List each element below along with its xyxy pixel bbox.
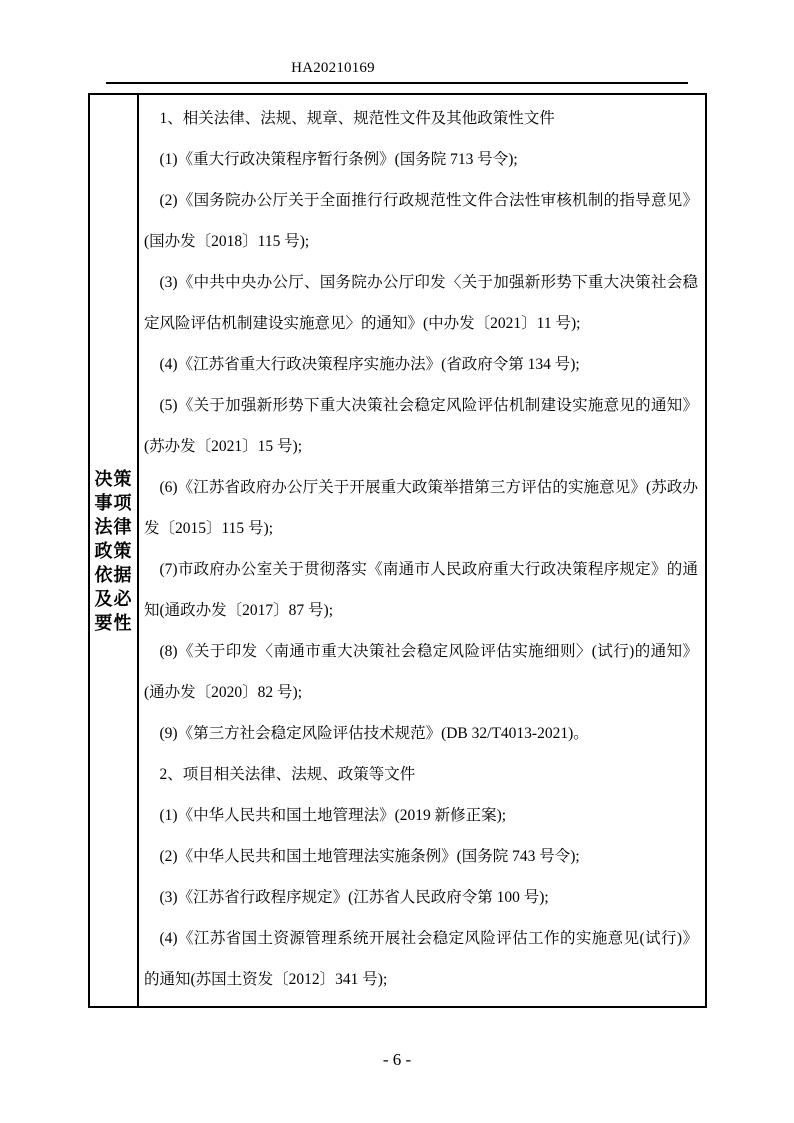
paragraph: (6)《江苏省政府办公厅关于开展重大政策举措第三方评估的实施意见》(苏政办发〔2… [144,467,698,549]
row-header-line: 法律 [95,515,133,539]
paragraph: (3)《江苏省行政程序规定》(江苏省人民政府令第 100 号); [144,877,698,918]
row-header-line: 及必 [95,587,133,611]
paragraph: (4)《江苏省重大行政决策程序实施办法》(省政府令第 134 号); [144,344,698,385]
row-header-line: 决策 [95,467,133,491]
paragraph: (5)《关于加强新形势下重大决策社会稳定风险评估机制建设实施意见的通知》(苏办发… [144,385,698,467]
paragraph: (3)《中共中央办公厅、国务院办公厅印发〈关于加强新形势下重大决策社会稳定风险评… [144,262,698,344]
row-header-line: 政策 [95,539,133,563]
paragraph: 1、相关法律、法规、规章、规范性文件及其他政策性文件 [144,98,698,139]
row-header-line: 要性 [95,611,133,635]
paragraph: (7)市政府办公室关于贯彻落实《南通市人民政府重大行政决策程序规定》的通知(通政… [144,549,698,631]
paragraph: (9)《第三方社会稳定风险评估技术规范》(DB 32/T4013-2021)。 [144,713,698,754]
paragraph: (8)《关于印发〈南通市重大决策社会稳定风险评估实施细则〉(试行)的通知》(通办… [144,631,698,713]
row-header-cell: 决策事项法律政策依据及必要性 [90,95,139,1006]
row-header-line: 依据 [95,563,133,587]
header-doc-number: HA20210169 [253,58,413,78]
row-header-line: 事项 [95,491,133,515]
document-page: HA20210169 决策事项法律政策依据及必要性 1、相关法律、法规、规章、规… [0,0,794,1123]
paragraph: (4)《江苏省国土资源管理系统开展社会稳定风险评估工作的实施意见(试行)》的通知… [144,918,698,1000]
paragraph: (1)《中华人民共和国土地管理法》(2019 新修正案); [144,795,698,836]
content-cell: 1、相关法律、法规、规章、规范性文件及其他政策性文件(1)《重大行政决策程序暂行… [139,95,705,1006]
paragraph: (1)《重大行政决策程序暂行条例》(国务院 713 号令); [144,139,698,180]
paragraph: 2、项目相关法律、法规、政策等文件 [144,754,698,795]
header-rule [106,82,688,84]
page-number: - 6 - [0,1048,794,1072]
paragraph: (2)《国务院办公厅关于全面推行行政规范性文件合法性审核机制的指导意见》(国办发… [144,180,698,262]
paragraph: (2)《中华人民共和国土地管理法实施条例》(国务院 743 号令); [144,836,698,877]
decision-basis-table: 决策事项法律政策依据及必要性 1、相关法律、法规、规章、规范性文件及其他政策性文… [88,93,707,1008]
